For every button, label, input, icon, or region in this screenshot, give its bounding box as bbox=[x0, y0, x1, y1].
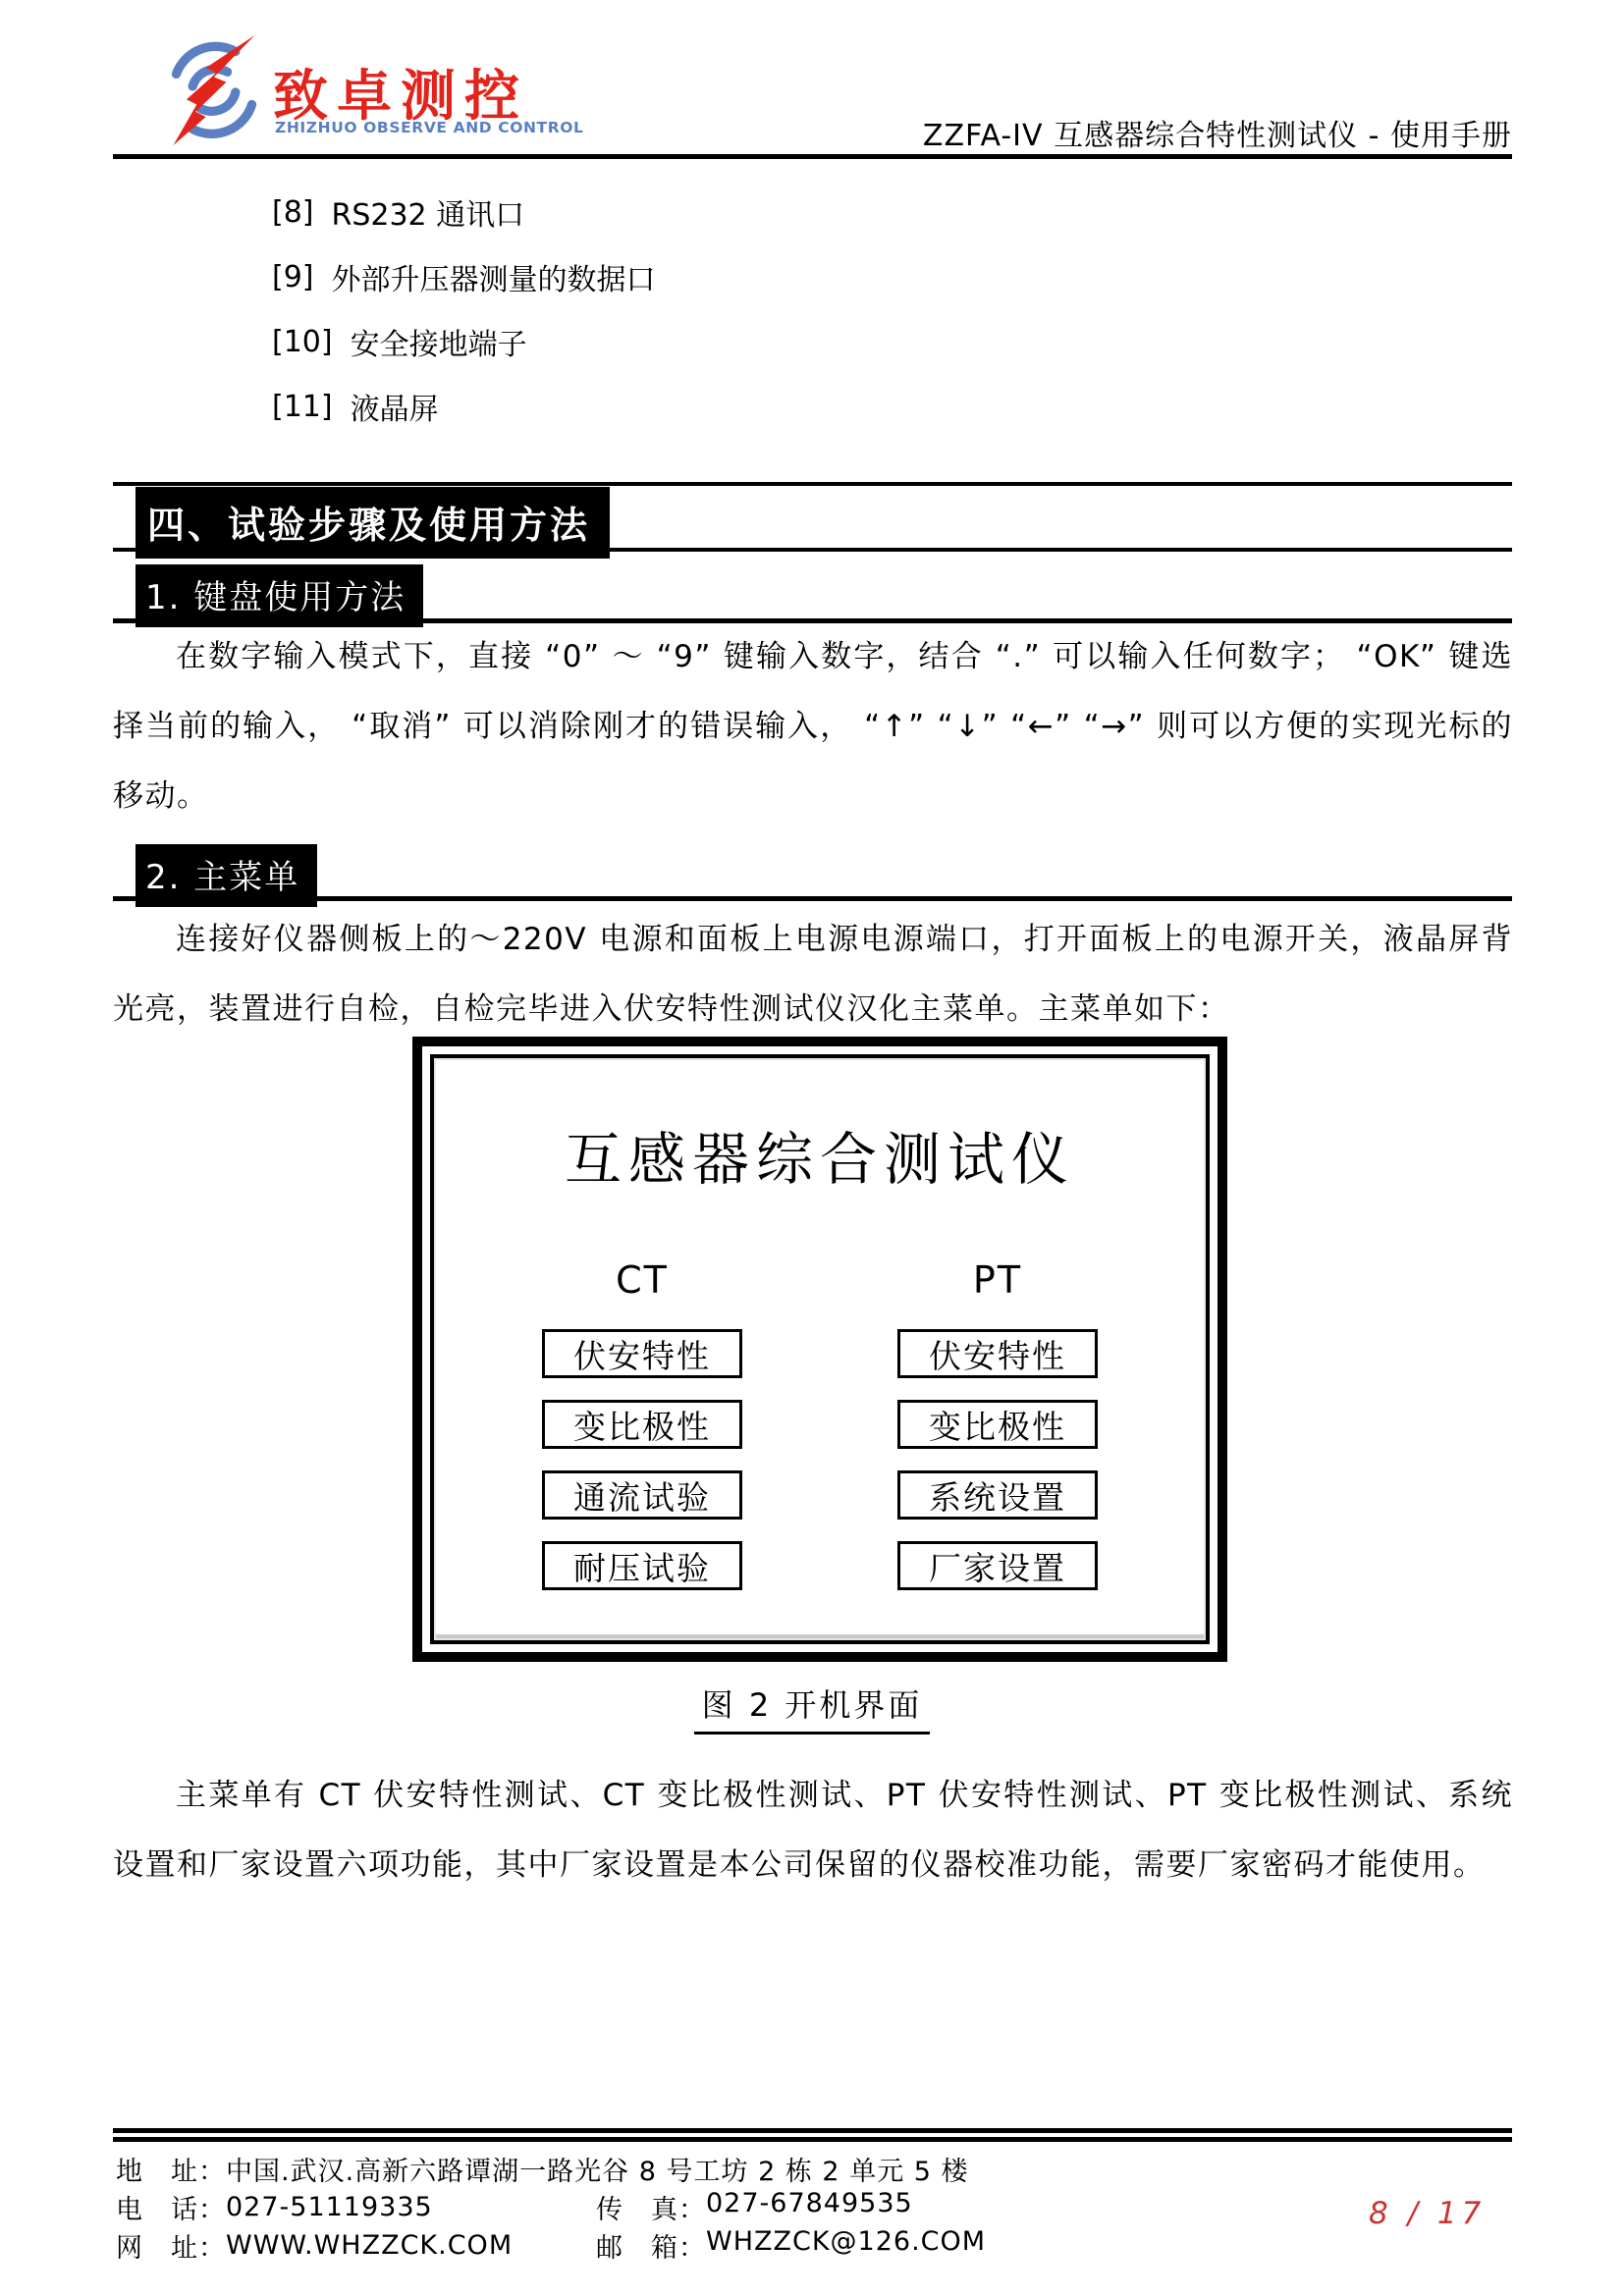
phone-label: 电 话： bbox=[116, 2188, 226, 2226]
fax-label: 传 真： bbox=[596, 2188, 706, 2226]
port-item-label: RS232 通讯口 bbox=[332, 190, 525, 234]
footer-divider-bottom bbox=[113, 2137, 1512, 2142]
section-divider-top bbox=[113, 482, 1512, 486]
port-item-10: [10] 安全接地端子 bbox=[272, 309, 656, 374]
menu-button-pt-system-settings: 系统设置 bbox=[897, 1470, 1098, 1520]
manual-page: 致卓测控 ZHIZHUO OBSERVE AND CONTROL ZZFA-IV… bbox=[0, 0, 1624, 2296]
port-item-11: [11] 液晶屏 bbox=[272, 374, 656, 439]
website-value: WWW.WHZZCK.COM bbox=[226, 2230, 513, 2261]
address-value: 中国.武汉.高新六路谭湖一路光谷 8 号工坊 2 栋 2 单元 5 楼 bbox=[226, 2150, 969, 2188]
menu-column-ct: CT 伏安特性 变比极性 通流试验 耐压试验 bbox=[542, 1258, 742, 1612]
company-logo-icon bbox=[163, 33, 265, 147]
footer-phone-fax-row: 电 话： 027-51119335 传 真： 027-67849535 bbox=[116, 2188, 1392, 2226]
screen-title: 互感器综合测试仪 bbox=[565, 1113, 1075, 1196]
footer-address-row: 地 址： 中国.武汉.高新六路谭湖一路光谷 8 号工坊 2 栋 2 单元 5 楼 bbox=[116, 2150, 1392, 2188]
menu-button-ct-withstand-test: 耐压试验 bbox=[542, 1541, 742, 1590]
menu-button-ct-current-test: 通流试验 bbox=[542, 1470, 742, 1520]
menu-column-pt: PT 伏安特性 变比极性 系统设置 厂家设置 bbox=[897, 1258, 1098, 1612]
paragraph-keyboard-usage: 在数字输入模式下，直接 “0” ～ “9” 键输入数字，结合 “.” 可以输入任… bbox=[113, 622, 1513, 831]
email-group: 邮 箱： WHZZCK@126.COM bbox=[596, 2226, 986, 2265]
fax-group: 传 真： 027-67849535 bbox=[596, 2188, 913, 2226]
fax-value: 027-67849535 bbox=[706, 2188, 913, 2226]
footer-divider-top bbox=[113, 2128, 1512, 2133]
paragraph-menu-functions: 主菜单有 CT 伏安特性测试、CT 变比极性测试、PT 伏安特性测试、PT 变比… bbox=[113, 1761, 1513, 1900]
figure-boot-screen: 互感器综合测试仪 CT 伏安特性 变比极性 通流试验 耐压试验 PT 伏安特性 … bbox=[412, 1037, 1227, 1662]
port-item-9: [9] 外部升压器测量的数据口 bbox=[272, 244, 656, 309]
figure-caption-text: 图 2 开机界面 bbox=[694, 1681, 931, 1735]
header-divider bbox=[113, 154, 1512, 159]
footer-contact-block: 地 址： 中国.武汉.高新六路谭湖一路光谷 8 号工坊 2 栋 2 单元 5 楼… bbox=[116, 2150, 1392, 2265]
port-item-number: [9] bbox=[272, 260, 314, 294]
port-item-8: [8] RS232 通讯口 bbox=[272, 180, 656, 244]
brand-tagline: ZHIZHUO OBSERVE AND CONTROL bbox=[275, 119, 584, 136]
port-item-number: [11] bbox=[272, 390, 333, 424]
subsection-divider-main-menu bbox=[113, 896, 1512, 901]
phone-value: 027-51119335 bbox=[226, 2192, 433, 2222]
lcd-screen: 互感器综合测试仪 CT 伏安特性 变比极性 通流试验 耐压试验 PT 伏安特性 … bbox=[430, 1054, 1210, 1644]
website-label: 网 址： bbox=[116, 2226, 226, 2265]
port-list: [8] RS232 通讯口 [9] 外部升压器测量的数据口 [10] 安全接地端… bbox=[272, 180, 656, 439]
menu-columns: CT 伏安特性 变比极性 通流试验 耐压试验 PT 伏安特性 变比极性 系统设置… bbox=[542, 1258, 1098, 1612]
menu-button-pt-volt-ampere: 伏安特性 bbox=[897, 1329, 1098, 1378]
figure-caption: 图 2 开机界面 bbox=[0, 1681, 1624, 1735]
pt-column-header: PT bbox=[973, 1258, 1022, 1302]
address-label: 地 址： bbox=[116, 2150, 226, 2188]
port-item-number: [8] bbox=[272, 195, 314, 230]
email-label: 邮 箱： bbox=[596, 2226, 706, 2265]
menu-button-pt-factory-settings: 厂家设置 bbox=[897, 1541, 1098, 1590]
menu-button-ct-ratio-polarity: 变比极性 bbox=[542, 1400, 742, 1449]
section-divider-bottom bbox=[113, 548, 1512, 552]
port-item-number: [10] bbox=[272, 325, 333, 359]
port-item-label: 液晶屏 bbox=[351, 385, 439, 428]
menu-button-ct-volt-ampere: 伏安特性 bbox=[542, 1329, 742, 1378]
menu-button-pt-ratio-polarity: 变比极性 bbox=[897, 1400, 1098, 1449]
document-title: ZZFA-IV 互感器综合特性测试仪 - 使用手册 bbox=[923, 111, 1512, 154]
port-item-label: 安全接地端子 bbox=[351, 320, 527, 363]
email-value: WHZZCK@126.COM bbox=[706, 2226, 986, 2265]
ct-column-header: CT bbox=[616, 1258, 669, 1302]
paragraph-main-menu-intro: 连接好仪器侧板上的～220V 电源和面板上电源电源端口，打开面板上的电源开关，液… bbox=[113, 905, 1513, 1044]
port-item-label: 外部升压器测量的数据口 bbox=[332, 255, 656, 298]
footer-web-email-row: 网 址： WWW.WHZZCK.COM 邮 箱： WHZZCK@126.COM bbox=[116, 2226, 1392, 2265]
page-number: 8 / 17 bbox=[1369, 2196, 1486, 2231]
